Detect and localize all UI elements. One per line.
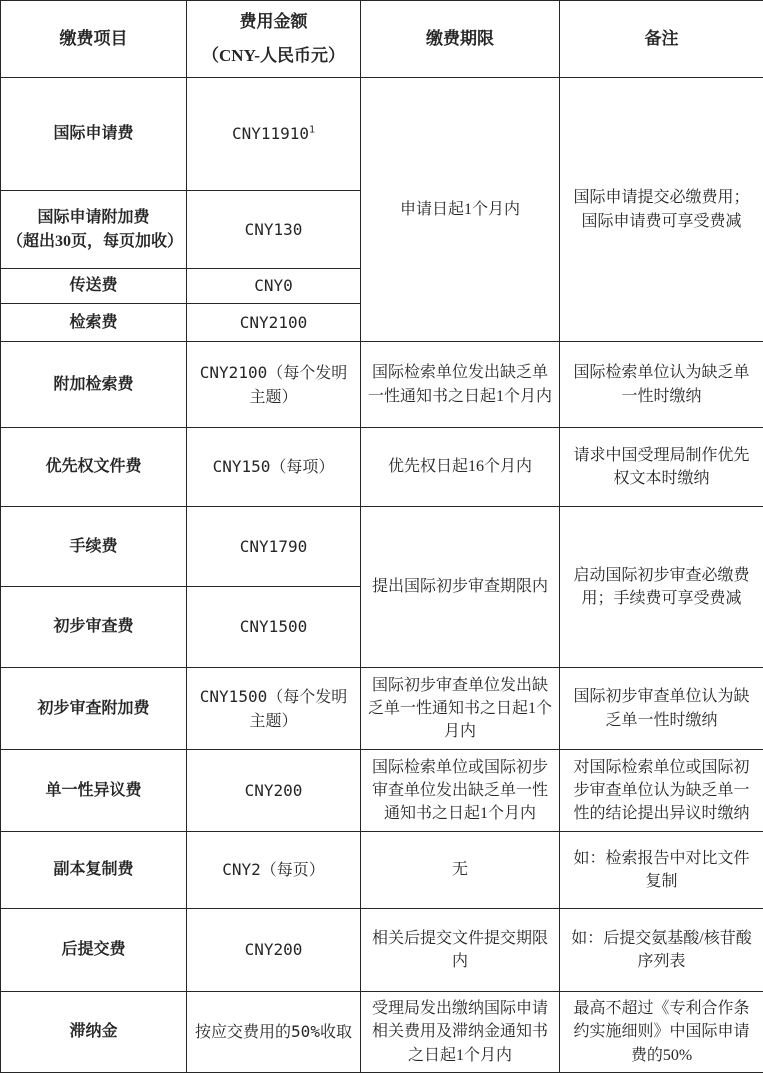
fee-note-cell: 如：检索报告中对比文件复制 [560,832,763,909]
table-row: 单一性异议费 CNY200 国际检索单位或国际初步审查单位发出缺乏单一性通知书之… [1,750,763,832]
column-header-amount: 费用金额 （CNY-人民币元） [187,1,361,78]
fee-amount-cell: CNY2（每页） [187,832,361,909]
fee-amount-cell: CNY200 [187,909,361,992]
fee-note-cell: 最高不超过《专利合作条约实施细则》中国际申请费的50% [560,992,763,1073]
column-header-deadline: 缴费期限 [361,1,560,78]
fee-item-cell: 手续费 [1,507,187,587]
fee-note-cell: 对国际检索单位或国际初步审查单位认为缺乏单一性的结论提出异议时缴纳 [560,750,763,832]
fee-amount-cell: CNY1500 [187,587,361,668]
fee-item-cell: 滞纳金 [1,992,187,1073]
fee-deadline-cell: 无 [361,832,560,909]
fee-amount-cell: CNY119101 [187,78,361,191]
fee-deadline-cell: 国际检索单位或国际初步审查单位发出缺乏单一性通知书之日起1个月内 [361,750,560,832]
header-row: 缴费项目 费用金额 （CNY-人民币元） 缴费期限 备注 [1,1,763,78]
fee-deadline-cell: 相关后提交文件提交期限内 [361,909,560,992]
table-row: 优先权文件费 CNY150（每项） 优先权日起16个月内 请求中国受理局制作优先… [1,428,763,507]
table-row: 后提交费 CNY200 相关后提交文件提交期限内 如：后提交氨基酸/核苷酸序列表 [1,909,763,992]
fee-item-cell: 检索费 [1,304,187,342]
fee-item-cell: 单一性异议费 [1,750,187,832]
fee-amount-cell: CNY200 [187,750,361,832]
fee-item-cell: 附加检索费 [1,342,187,428]
table-row: 滞纳金 按应交费用的50%收取 受理局发出缴纳国际申请相关费用及滞纳金通知书之日… [1,992,763,1073]
fee-item-cell: 副本复制费 [1,832,187,909]
fee-note-cell: 国际申请提交必缴费用；国际申请费可享受费减 [560,78,763,342]
fee-note-cell: 启动国际初步审查必缴费用；手续费可享受费减 [560,507,763,668]
fee-item-cell: 国际申请附加费 （超出30页，每页加收） [1,191,187,269]
fee-note-cell: 国际初步审查单位认为缺乏单一性时缴纳 [560,668,763,750]
table-row: 初步审查附加费 CNY1500（每个发明主题） 国际初步审查单位发出缺乏单一性通… [1,668,763,750]
fee-amount-cell: 按应交费用的50%收取 [187,992,361,1073]
fee-amount-cell: CNY130 [187,191,361,269]
fee-item-cell: 优先权文件费 [1,428,187,507]
fee-amount-value: CNY11910 [232,124,309,143]
footnote-superscript: 1 [309,125,315,136]
column-header-amount-line2: （CNY-人民币元） [193,39,354,73]
fee-amount-cell: CNY2100（每个发明主题） [187,342,361,428]
fee-deadline-cell: 国际初步审查单位发出缺乏单一性通知书之日起1个月内 [361,668,560,750]
column-header-note: 备注 [560,1,763,78]
table-row: 手续费 CNY1790 提出国际初步审查期限内 启动国际初步审查必缴费用；手续费… [1,507,763,587]
fee-note-cell: 请求中国受理局制作优先权文本时缴纳 [560,428,763,507]
fee-item-cell: 后提交费 [1,909,187,992]
table-row: 附加检索费 CNY2100（每个发明主题） 国际检索单位发出缺乏单一性通知书之日… [1,342,763,428]
fee-amount-cell: CNY2100 [187,304,361,342]
fee-note-cell: 如：后提交氨基酸/核苷酸序列表 [560,909,763,992]
fee-item-cell: 初步审查附加费 [1,668,187,750]
fee-item-cell: 初步审查费 [1,587,187,668]
fee-amount-cell: CNY1790 [187,507,361,587]
fee-amount-cell: CNY0 [187,269,361,304]
fee-note-cell: 国际检索单位认为缺乏单一性时缴纳 [560,342,763,428]
fee-deadline-cell: 申请日起1个月内 [361,78,560,342]
column-header-item: 缴费项目 [1,1,187,78]
fee-item-cell: 国际申请费 [1,78,187,191]
fee-deadline-cell: 受理局发出缴纳国际申请相关费用及滞纳金通知书之日起1个月内 [361,992,560,1073]
pct-fee-table: 缴费项目 费用金额 （CNY-人民币元） 缴费期限 备注 国际申请费 CNY11… [0,0,763,1073]
fee-amount-cell: CNY150（每项） [187,428,361,507]
table-row: 副本复制费 CNY2（每页） 无 如：检索报告中对比文件复制 [1,832,763,909]
fee-item-cell: 传送费 [1,269,187,304]
fee-amount-cell: CNY1500（每个发明主题） [187,668,361,750]
fee-deadline-cell: 提出国际初步审查期限内 [361,507,560,668]
table-row: 国际申请费 CNY119101 申请日起1个月内 国际申请提交必缴费用；国际申请… [1,78,763,191]
column-header-amount-line1: 费用金额 [193,5,354,39]
fee-deadline-cell: 国际检索单位发出缺乏单一性通知书之日起1个月内 [361,342,560,428]
fee-deadline-cell: 优先权日起16个月内 [361,428,560,507]
